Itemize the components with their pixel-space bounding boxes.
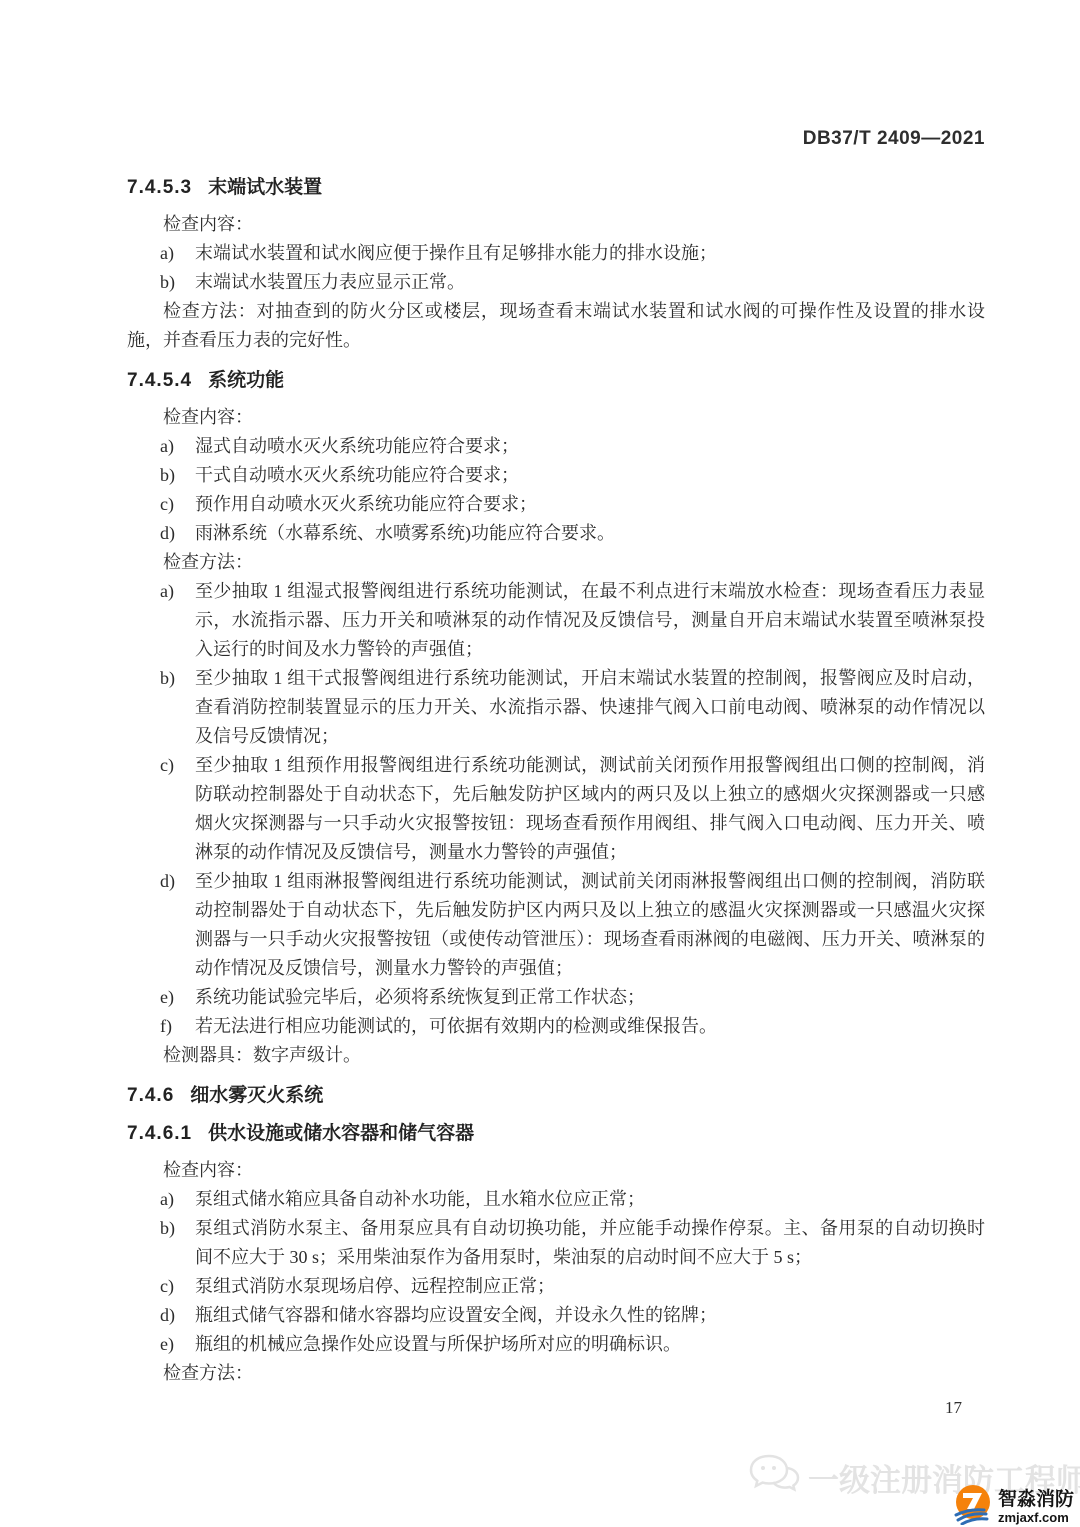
list-item: e)系统功能试验完毕后，必须将系统恢复到正常工作状态； — [127, 983, 985, 1012]
section-number: 7.4.6 — [127, 1085, 174, 1106]
list-item: d)至少抽取 1 组雨淋报警阀组进行系统功能测试，测试前关闭雨淋报警阀组出口侧的… — [127, 867, 985, 983]
list-item-text: 瓶组式储气容器和储水容器均应设置安全阀，并设永久性的铭牌； — [195, 1301, 985, 1330]
list-item-label: b) — [160, 664, 195, 693]
section-title: 供水设施或储水容器和储气容器 — [208, 1123, 474, 1144]
list-item-label: b) — [160, 268, 195, 297]
section-heading: 7.4.6细水雾灭火系统 — [127, 1084, 985, 1108]
list-item-text: 泵组式消防水泵现场启停、远程控制应正常； — [195, 1272, 985, 1301]
list-item-label: d) — [160, 1301, 195, 1330]
list-item: e)瓶组的机械应急操作处应设置与所保护场所对应的明确标识。 — [127, 1330, 985, 1359]
list-item-label: d) — [160, 519, 195, 548]
paragraph: 检查内容： — [127, 210, 985, 239]
section-heading: 7.4.6.1供水设施或储水容器和储气容器 — [127, 1122, 985, 1146]
list-item-text: 若无法进行相应功能测试的，可依据有效期内的检测或维保报告。 — [195, 1012, 985, 1041]
page-number: 17 — [945, 1398, 962, 1418]
list-item-text: 至少抽取 1 组雨淋报警阀组进行系统功能测试，测试前关闭雨淋报警阀组出口侧的控制… — [195, 867, 985, 983]
list-item-label: b) — [160, 461, 195, 490]
list-item-label: a) — [160, 239, 195, 268]
list-item: b)末端试水装置压力表应显示正常。 — [127, 268, 985, 297]
list-item: c)至少抽取 1 组预作用报警阀组进行系统功能测试，测试前关闭预作用报警阀组出口… — [127, 751, 985, 867]
list-item: a)末端试水装置和试水阀应便于操作且有足够排水能力的排水设施； — [127, 239, 985, 268]
paragraph: 检查方法： — [127, 1359, 985, 1388]
document-blocks: 7.4.5.3末端试水装置检查内容：a)末端试水装置和试水阀应便于操作且有足够排… — [127, 176, 985, 1388]
list-item-text: 干式自动喷水灭火系统功能应符合要求； — [195, 461, 985, 490]
list-item: b)干式自动喷水灭火系统功能应符合要求； — [127, 461, 985, 490]
list-item-label: d) — [160, 867, 195, 896]
list-item-text: 预作用自动喷水灭火系统功能应符合要求； — [195, 490, 985, 519]
list-item: d)雨淋系统（水幕系统、水喷雾系统)功能应符合要求。 — [127, 519, 985, 548]
chat-bubbles-icon — [748, 1452, 800, 1503]
logo-url: zmjaxf.com — [998, 1511, 1074, 1524]
list-item-text: 末端试水装置压力表应显示正常。 — [195, 268, 985, 297]
paragraph: 检查方法： — [127, 548, 985, 577]
section-heading: 7.4.5.4系统功能 — [127, 369, 985, 393]
list-item: d)瓶组式储气容器和储水容器均应设置安全阀，并设永久性的铭牌； — [127, 1301, 985, 1330]
list-item: b)至少抽取 1 组干式报警阀组进行系统功能测试，开启末端试水装置的控制阀，报警… — [127, 664, 985, 751]
list-item-label: a) — [160, 432, 195, 461]
list-item: b)泵组式消防水泵主、备用泵应具有自动切换功能，并应能手动操作停泵。主、备用泵的… — [127, 1214, 985, 1272]
zhimiao-fire-logo-icon — [952, 1483, 994, 1527]
list-item-label: e) — [160, 983, 195, 1012]
list-item: c)泵组式消防水泵现场启停、远程控制应正常； — [127, 1272, 985, 1301]
list-item: a)至少抽取 1 组湿式报警阀组进行系统功能测试，在最不利点进行末端放水检查：现… — [127, 577, 985, 664]
list-item-label: b) — [160, 1214, 195, 1243]
paragraph: 检查内容： — [127, 403, 985, 432]
section-title: 末端试水装置 — [208, 177, 322, 198]
section-title: 系统功能 — [208, 370, 284, 391]
section-number: 7.4.6.1 — [127, 1123, 192, 1144]
list-item-label: f) — [160, 1012, 195, 1041]
list-item-label: a) — [160, 577, 195, 606]
section-number: 7.4.5.3 — [127, 177, 192, 198]
list-item: f)若无法进行相应功能测试的，可依据有效期内的检测或维保报告。 — [127, 1012, 985, 1041]
list-item-label: c) — [160, 1272, 195, 1301]
list-item-text: 泵组式消防水泵主、备用泵应具有自动切换功能，并应能手动操作停泵。主、备用泵的自动… — [195, 1214, 985, 1272]
section-number: 7.4.5.4 — [127, 370, 192, 391]
standard-code-header: DB37/T 2409—2021 — [803, 128, 985, 150]
logo-name: 智淼消防 — [998, 1490, 1074, 1509]
list-item-label: e) — [160, 1330, 195, 1359]
list-item-text: 瓶组的机械应急操作处应设置与所保护场所对应的明确标识。 — [195, 1330, 985, 1359]
paragraph: 检测器具：数字声级计。 — [127, 1041, 985, 1070]
section-title: 细水雾灭火系统 — [190, 1085, 323, 1106]
list-item-label: c) — [160, 490, 195, 519]
list-item: a)湿式自动喷水灭火系统功能应符合要求； — [127, 432, 985, 461]
list-item-text: 湿式自动喷水灭火系统功能应符合要求； — [195, 432, 985, 461]
section-heading: 7.4.5.3末端试水装置 — [127, 176, 985, 200]
list-item-text: 末端试水装置和试水阀应便于操作且有足够排水能力的排水设施； — [195, 239, 985, 268]
paragraph: 检查方法：对抽查到的防火分区或楼层，现场查看末端试水装置和试水阀的可操作性及设置… — [127, 297, 985, 355]
list-item-text: 泵组式储水箱应具备自动补水功能，且水箱水位应正常； — [195, 1185, 985, 1214]
list-item-label: a) — [160, 1185, 195, 1214]
list-item-label: c) — [160, 751, 195, 780]
list-item-text: 至少抽取 1 组湿式报警阀组进行系统功能测试，在最不利点进行末端放水检查：现场查… — [195, 577, 985, 664]
paragraph: 检查内容： — [127, 1156, 985, 1185]
list-item: a)泵组式储水箱应具备自动补水功能，且水箱水位应正常； — [127, 1185, 985, 1214]
list-item: c)预作用自动喷水灭火系统功能应符合要求； — [127, 490, 985, 519]
list-item-text: 至少抽取 1 组干式报警阀组进行系统功能测试，开启末端试水装置的控制阀，报警阀应… — [195, 664, 985, 751]
list-item-text: 至少抽取 1 组预作用报警阀组进行系统功能测试，测试前关闭预作用报警阀组出口侧的… — [195, 751, 985, 867]
list-item-text: 系统功能试验完毕后，必须将系统恢复到正常工作状态； — [195, 983, 985, 1012]
list-item-text: 雨淋系统（水幕系统、水喷雾系统)功能应符合要求。 — [195, 519, 985, 548]
site-logo: 智淼消防 zmjaxf.com — [952, 1483, 1074, 1527]
document-page: DB37/T 2409—2021 7.4.5.3末端试水装置检查内容：a)末端试… — [0, 0, 1080, 1527]
